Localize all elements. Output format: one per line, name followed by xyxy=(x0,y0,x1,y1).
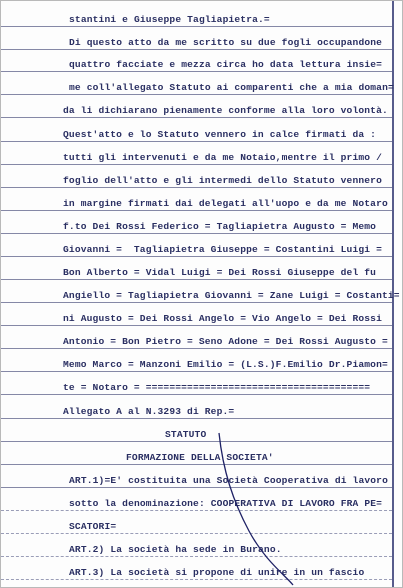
line-text: SCATORI= xyxy=(69,521,116,532)
document-line: foglio dell'atto e gli intermedi dello S… xyxy=(1,169,392,191)
document-line: me coll'allegato Statuto ai comparenti c… xyxy=(1,76,392,98)
ruled-line xyxy=(1,302,392,303)
line-text: sotto la denominazione: COOPERATIVA DI L… xyxy=(69,498,382,509)
line-text: FORMAZIONE DELLA SOCIETA' xyxy=(126,452,274,463)
line-text: me coll'allegato Statuto ai comparenti c… xyxy=(69,82,394,93)
ruled-line xyxy=(1,510,392,511)
ruled-line xyxy=(1,348,392,349)
ruled-line xyxy=(1,187,392,188)
line-text: ni Augusto = Dei Rossi Angelo = Vio Ange… xyxy=(63,313,382,324)
ruled-line xyxy=(1,464,392,465)
line-text: tutti gli intervenuti e da me Notaio,men… xyxy=(63,152,382,163)
document-line: sotto la denominazione: COOPERATIVA DI L… xyxy=(1,492,392,514)
line-text: Di questo atto da me scritto su due fogl… xyxy=(69,37,382,48)
ruled-line xyxy=(1,94,392,95)
document-line: quattro facciate e mezza circa ho data l… xyxy=(1,53,392,75)
ruled-line xyxy=(1,233,392,234)
document-line: stantini e Giuseppe Tagliapietra.= xyxy=(1,8,392,30)
document-line: te = Notaro = ==========================… xyxy=(1,376,392,398)
line-text: STATUTO xyxy=(165,429,206,440)
line-text: in margine firmati dai delegati all'uopo… xyxy=(63,198,388,209)
line-text: f.to Dei Rossi Federico = Tagliapietra A… xyxy=(63,221,376,232)
line-text: Memo Marco = Manzoni Emilio = (L.S.)F.Em… xyxy=(63,359,388,370)
line-text: ART.1)=E' costituita una Società Coopera… xyxy=(69,475,388,486)
line-text: da li dichiarano pienamente conforme all… xyxy=(63,105,388,116)
line-text: foglio dell'atto e gli intermedi dello S… xyxy=(63,175,382,186)
ruled-line xyxy=(1,394,392,395)
document-line: da li dichiarano pienamente conforme all… xyxy=(1,99,392,121)
line-text: Bon Alberto = Vidal Luigi = Dei Rossi Gi… xyxy=(63,267,376,278)
document-line: tutti gli intervenuti e da me Notaio,men… xyxy=(1,146,392,168)
ruled-line xyxy=(1,441,392,442)
line-text: stantini e Giuseppe Tagliapietra.= xyxy=(69,14,270,25)
document-line: Quest'atto e lo Statuto vennero in calce… xyxy=(1,123,392,145)
line-text: Allegato A al N.3293 di Rep.= xyxy=(63,406,234,417)
line-text: ART.2) La società ha sede in Burano. xyxy=(69,544,282,555)
line-text: Antonio = Bon Pietro = Seno Adone = Dei … xyxy=(63,336,388,347)
ruled-line xyxy=(1,279,392,280)
document-line: Allegato A al N.3293 di Rep.= xyxy=(1,400,392,422)
document-line: Giovanni = Tagliapietra Giuseppe = Costa… xyxy=(1,238,392,260)
document-line: Antonio = Bon Pietro = Seno Adone = Dei … xyxy=(1,330,392,352)
document-line: Angiello = Tagliapietra Giovanni = Zane … xyxy=(1,284,392,306)
ruled-line xyxy=(1,26,392,27)
document-line: FORMAZIONE DELLA SOCIETA' xyxy=(1,446,392,468)
ruled-line xyxy=(1,256,392,257)
document-line: in margine firmati dai delegati all'uopo… xyxy=(1,192,392,214)
line-text: Giovanni = Tagliapietra Giuseppe = Costa… xyxy=(63,244,382,255)
document-line: Memo Marco = Manzoni Emilio = (L.S.)F.Em… xyxy=(1,353,392,375)
document-line: ART.2) La società ha sede in Burano. xyxy=(1,538,392,560)
ruled-line xyxy=(1,371,392,372)
ruled-line xyxy=(1,141,392,142)
line-text: quattro facciate e mezza circa ho data l… xyxy=(69,59,382,70)
document-page: stantini e Giuseppe Tagliapietra.=Di que… xyxy=(0,0,403,588)
line-text: ART.3) La società si propone di unire in… xyxy=(69,567,364,578)
ruled-line xyxy=(1,487,392,488)
document-line: Bon Alberto = Vidal Luigi = Dei Rossi Gi… xyxy=(1,261,392,283)
ruled-line xyxy=(1,210,392,211)
ruled-line xyxy=(1,418,392,419)
line-text: Angiello = Tagliapietra Giovanni = Zane … xyxy=(63,290,400,301)
document-line: SCATORI= xyxy=(1,515,392,537)
document-line: Di questo atto da me scritto su due fogl… xyxy=(1,31,392,53)
ruled-line xyxy=(1,325,392,326)
ruled-line xyxy=(1,164,392,165)
document-line: ART.1)=E' costituita una Società Coopera… xyxy=(1,469,392,491)
document-line: ART.3) La società si propone di unire in… xyxy=(1,561,392,583)
ruled-line xyxy=(1,533,392,534)
ruled-line xyxy=(1,117,392,118)
ruled-line xyxy=(1,579,392,580)
ruled-line xyxy=(1,71,392,72)
document-line: f.to Dei Rossi Federico = Tagliapietra A… xyxy=(1,215,392,237)
ruled-line xyxy=(1,49,392,50)
ruled-line xyxy=(1,556,392,557)
document-line: ni Augusto = Dei Rossi Angelo = Vio Ange… xyxy=(1,307,392,329)
line-text: Quest'atto e lo Statuto vennero in calce… xyxy=(63,129,376,140)
line-text: te = Notaro = ==========================… xyxy=(63,382,370,393)
document-line: STATUTO xyxy=(1,423,392,445)
